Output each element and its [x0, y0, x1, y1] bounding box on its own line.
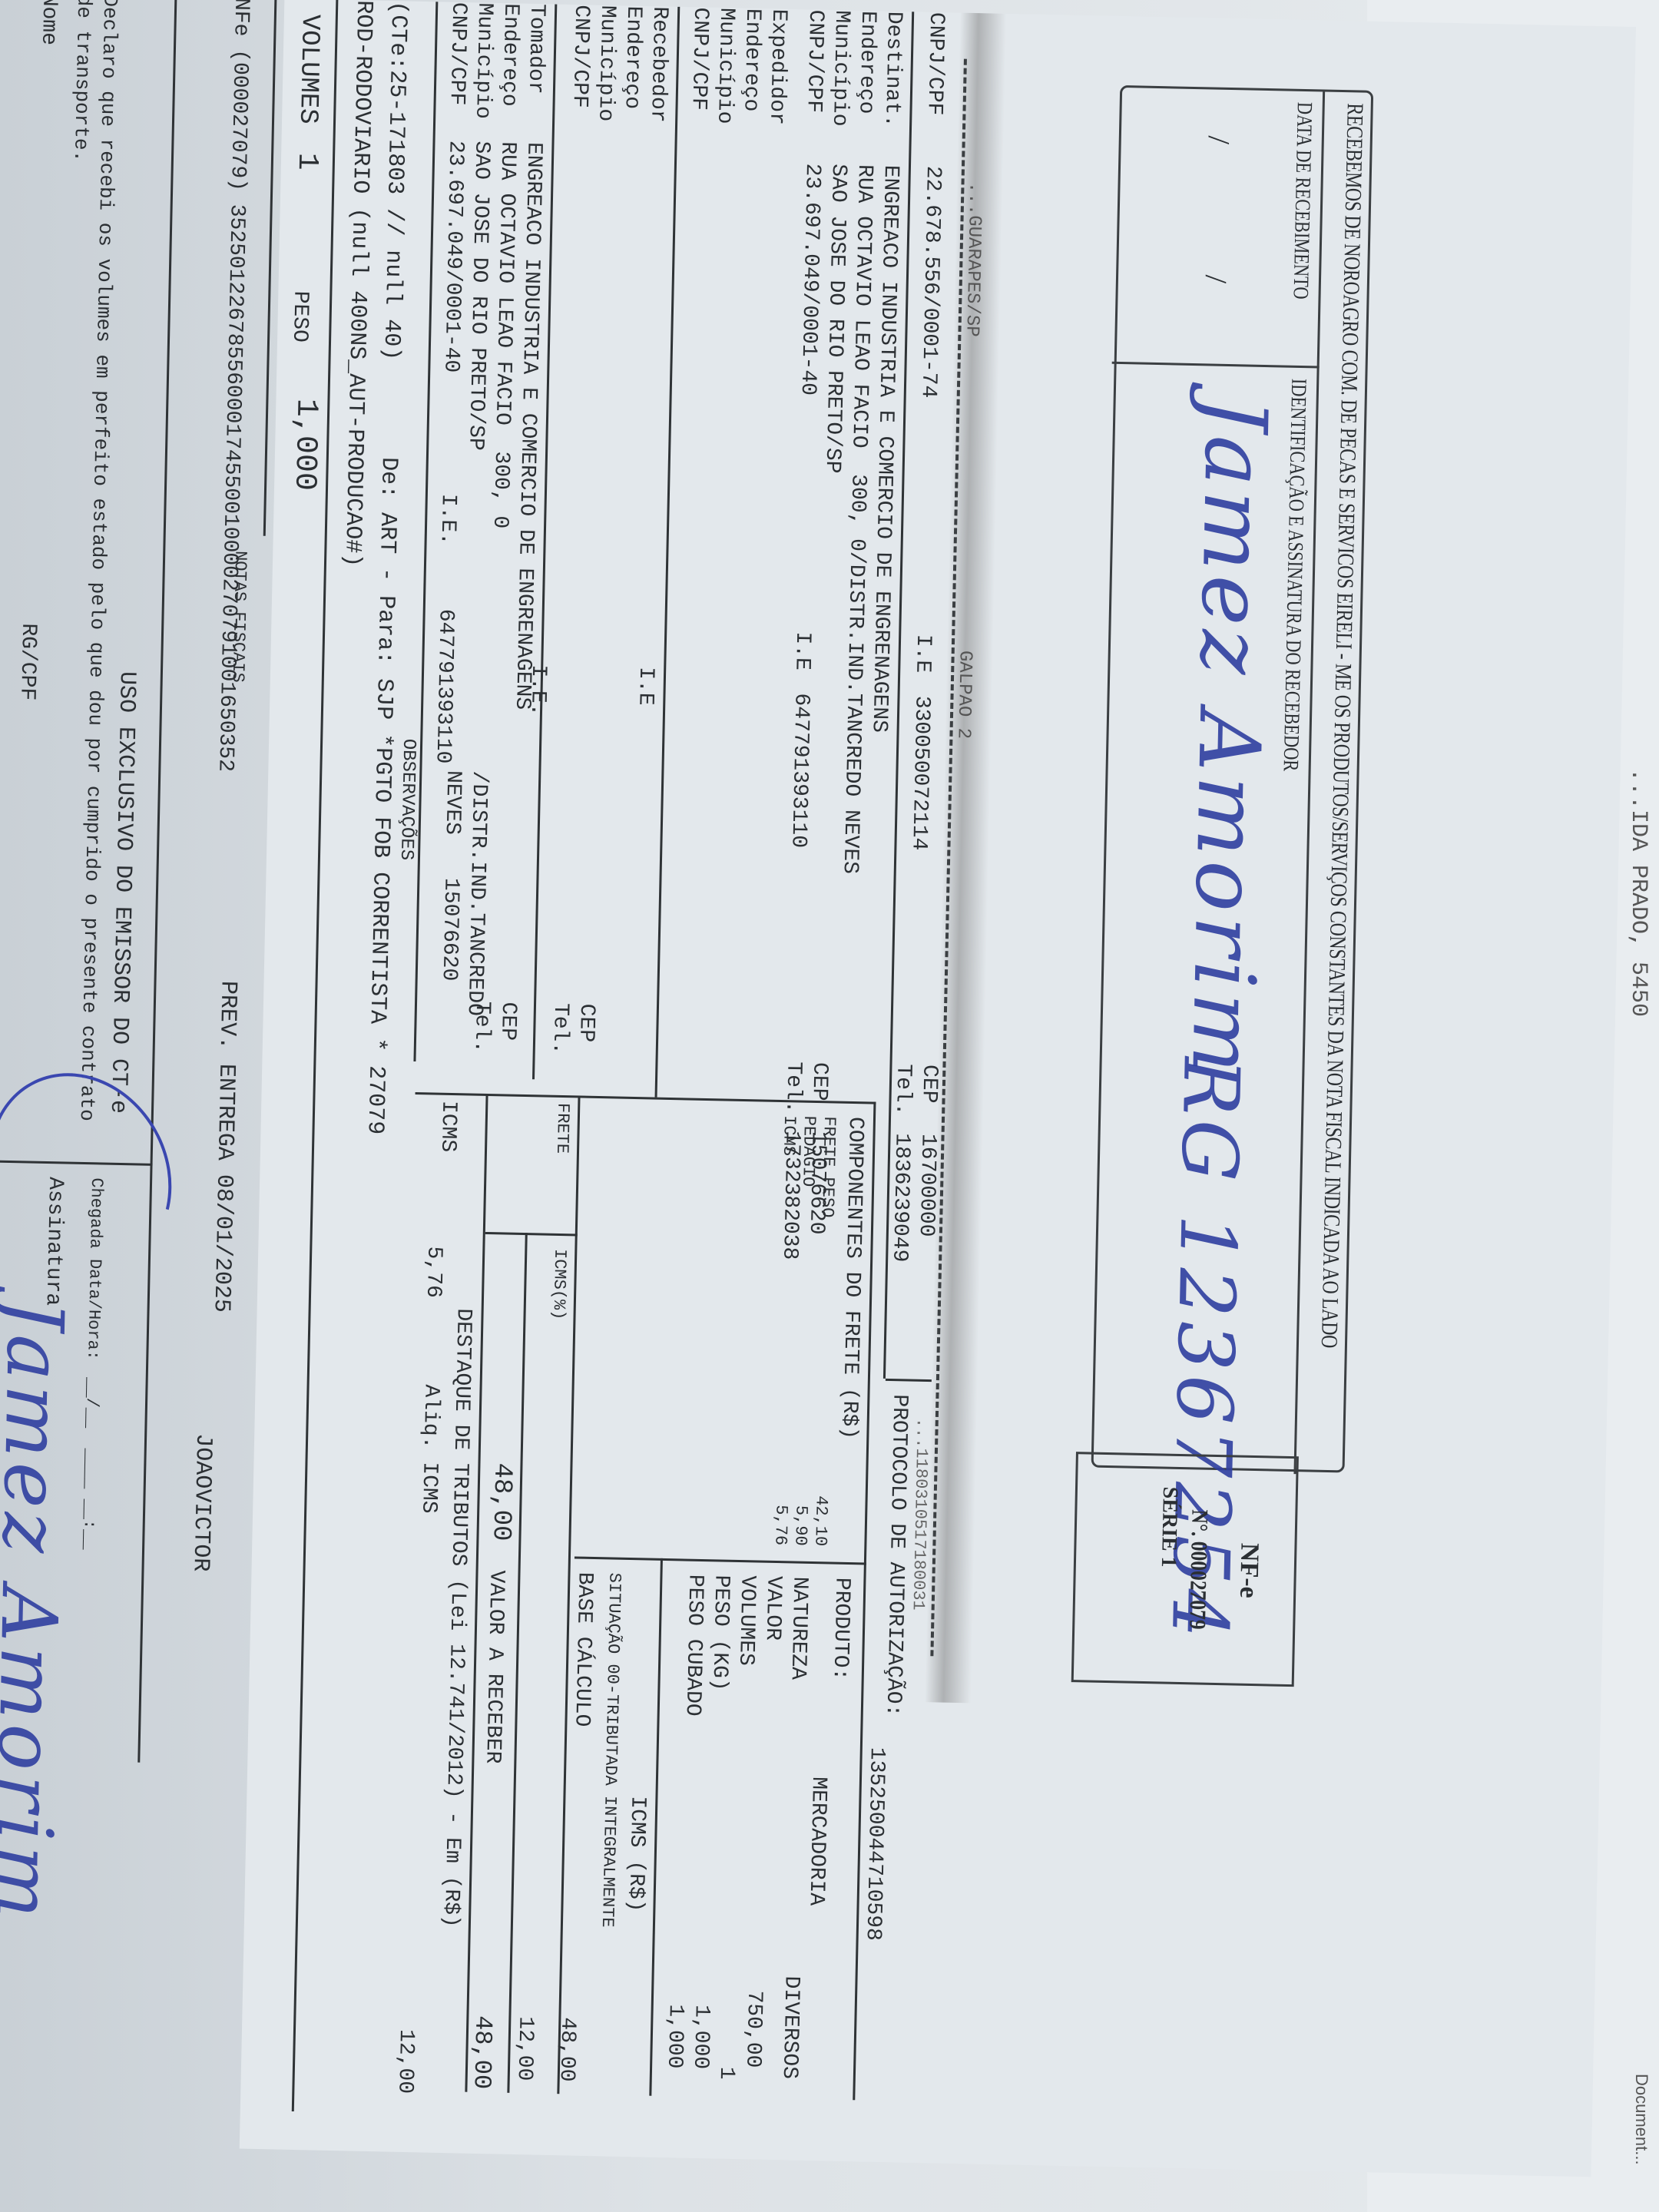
recebedor-cep-label: CEP: [572, 1003, 599, 1042]
chegada-value[interactable]: __/__ ____ __:__: [78, 1377, 102, 1550]
protocolo-label: PROTOCOLO DE AUTORIZAÇÃO:: [879, 1394, 912, 1717]
tomador-cnpj: 23.697.049/0001-40: [437, 140, 468, 373]
expedidor-endereco-label: Endereço: [737, 8, 765, 112]
frete-component-value: 5,90: [790, 1505, 810, 1546]
receipt-date-value: / /: [1197, 135, 1237, 345]
remetente-tel-label: Tel.: [889, 1064, 916, 1116]
peso-total-value: 1,000: [290, 398, 319, 491]
stub-heading: RECEBEMOS DE NOROAGRO COM. DE PECAS E SE…: [1316, 103, 1368, 1348]
frete-component-name: FRETE PESO: [816, 1116, 839, 1218]
produto-label: PRODUTO:: [826, 1577, 855, 1681]
observacoes-line-2: ROD-RODOVIARIO (null 400NS_AUT-PRODUCAO#…: [339, 0, 376, 568]
frete-component-value: 42,10: [810, 1495, 830, 1547]
frete-value: 48,00: [487, 1462, 515, 1541]
destinatario-ie: 647791393110: [784, 693, 813, 848]
receipt-date-label: DATA DE RECEBIMENTO: [1287, 102, 1316, 300]
icms-aliq-label: ICMS(%): [548, 1249, 569, 1320]
tomador-endereco-label: Endereço: [495, 3, 524, 107]
remetente-ie-label: I.E: [909, 634, 935, 673]
peso-cubado-value: 1,000: [661, 2004, 688, 2069]
componentes-list: FRETE PESO42,10PEDAGIO5,90ICMS5,76: [770, 1115, 839, 1547]
tomador-ie-label: I.E.: [434, 493, 461, 545]
receipt-stub: RECEBEMOS DE NOROAGRO COM. DE PECAS E SE…: [957, 82, 1373, 1641]
destinatario-ie-label: I.E: [788, 631, 815, 671]
nfe-number-box: NF-e N°. 000027079 SÉRIE 1: [1071, 1452, 1299, 1687]
remetente-ie: 330050072114: [905, 695, 934, 850]
volumes-value: 1: [713, 2066, 739, 2080]
tributos-icms-value: 5,76: [419, 1246, 446, 1298]
tomador-cep-label: CEP: [494, 1002, 521, 1041]
tributos-aliq-label: Aliq. ICMS: [415, 1384, 444, 1514]
remetente-cep: 16700000: [912, 1134, 941, 1237]
receipt-date-box[interactable]: DATA DE RECEBIMENTO / /: [1112, 88, 1325, 369]
signature-loop: [0, 1041, 207, 1306]
valor-receber-value: 48,00: [468, 2015, 495, 2090]
remetente-galpao: GALPAO 2: [949, 651, 977, 740]
recebedor-tel-label: Tel.: [546, 1003, 573, 1055]
icms-base-label: BASE CÁLCULO: [568, 1571, 597, 1727]
peso-cubado-label: PESO CUBADO: [679, 1574, 708, 1717]
divider: [263, 0, 277, 536]
volumes-label: VOLUMES: [732, 1575, 760, 1666]
tributos-icms-label: ICMS: [434, 1101, 461, 1153]
operador: JOAOVICTOR: [187, 1433, 216, 1572]
tomador-ie: 647791393110: [429, 608, 459, 763]
recebedor-label: Recebedor: [644, 6, 672, 123]
expedidor-municipio-label: Município: [710, 8, 739, 124]
background-address: ...IDA PRADO, 5450: [1625, 768, 1651, 1017]
tributos-aliq-value: 12,00: [391, 2029, 419, 2094]
natureza-value: DIVERSOS: [776, 1975, 804, 2079]
stub-frame: RECEBEMOS DE NOROAGRO COM. DE PECAS E SE…: [1091, 85, 1374, 1473]
nfe-number: N°. 000027079: [1183, 1473, 1213, 1666]
frete-component-name: ICMS: [778, 1115, 799, 1156]
divider: [886, 1379, 932, 1382]
volumes-total-value: 1: [293, 152, 320, 171]
valor-value: 750,00: [739, 1990, 767, 2068]
divider: [507, 1233, 527, 2093]
rg-cpf-label: RG/CPF: [13, 623, 41, 701]
tomador-cep: 15076620: [435, 878, 464, 982]
icms-situacao: SITUAÇÃO 00-TRIBUTADA INTEGRALMENTE: [597, 1572, 624, 1928]
tomador-label: Tomador: [522, 4, 549, 94]
footer-handwritten-signature: Jamez Amorim: [0, 1299, 81, 1924]
remetente-cnpj: 22.678.556/0001-74: [915, 166, 945, 399]
nfe-serie: SÉRIE 1: [1154, 1455, 1183, 1682]
destinatario-tel-label: Tel.: [779, 1061, 806, 1114]
divider: [575, 1556, 866, 1565]
tomador-cnpj-label: CNPJ/CPF: [443, 2, 472, 106]
divider: [137, 0, 177, 1763]
componentes-title: COMPONENTES DO FRETE (R$): [835, 1117, 868, 1440]
recebedor-cnpj-label: CNPJ/CPF: [565, 5, 594, 108]
recebedor-ie-label: I.E: [631, 667, 658, 706]
expedidor-label: Expedidor: [763, 8, 791, 125]
tomador-endereco-3: NEVES: [439, 770, 466, 836]
tomador-endereco-2: /DISTR.IND.TANCREDO: [461, 770, 492, 1016]
observacoes-label: OBSERVAÇÕES: [392, 738, 421, 860]
destinatario-label: Destinat.: [878, 11, 906, 127]
receiver-signature-box[interactable]: IDENTIFICAÇÃO E ASSINATURA DO RECEBEDOR …: [1089, 364, 1320, 1474]
destinatario-cep-label: CEP: [805, 1062, 832, 1101]
destinatario-endereco-label: Endereço: [852, 11, 880, 114]
tomador-municipio-label: Município: [469, 2, 497, 119]
expedidor-cnpj-label: CNPJ/CPF: [684, 7, 713, 111]
remetente-cep-label: CEP: [915, 1065, 942, 1104]
produto-value: MERCADORIA: [803, 1777, 832, 1906]
destinatario-municipio-label: Município: [826, 10, 854, 127]
tomador-ie-label-top: I.E.: [524, 664, 551, 717]
handwritten-signature: Jamez Amorim: [1173, 396, 1286, 1079]
natureza-label: NATUREZA: [784, 1576, 813, 1680]
destinatario-cnpj: 23.697.049/0001-40: [794, 163, 825, 396]
peso-total-label: PESO: [286, 290, 313, 343]
valor-receber-label: VALOR A RECEBER: [478, 1570, 508, 1764]
volumes-total-label: VOLUMES: [294, 14, 323, 124]
frete-component-name: PEDAGIO: [797, 1115, 819, 1187]
remetente-municipio-fragment: ...GUARAPES/SP: [958, 182, 987, 337]
valor-label: VALOR: [759, 1576, 786, 1641]
previsao-entrega: PREV. ENTREGA 08/01/2025: [208, 981, 241, 1313]
divider: [649, 1558, 663, 2096]
remetente-cnpj-label: CNPJ/CPF: [920, 12, 949, 116]
peso-label: PESO (KG): [705, 1575, 733, 1691]
icms-title: ICMS (R$): [621, 1796, 650, 1912]
peso-value: 1,000: [687, 2005, 714, 2070]
dacte-receipt: RECEBEMOS DE NOROAGRO COM. DE PECAS E SE…: [240, 0, 1636, 2177]
recebedor-municipio-label: Município: [591, 5, 620, 122]
uso-exclusivo: USO EXCLUSIVO DO EMISSOR DO CT-e: [104, 671, 140, 1114]
protocolo-value: 135250044710598: [859, 1747, 889, 1941]
nfe-title: NF-e: [1232, 1458, 1266, 1684]
divider: [485, 1232, 578, 1237]
tomador-tel-label: Tel.: [468, 1001, 495, 1053]
frete-label: FRETE: [551, 1103, 572, 1154]
nome-label: Nome: [35, 0, 61, 45]
recebedor-endereco-label: Endereço: [618, 5, 646, 109]
divider: [655, 7, 680, 1098]
frete-component-value: 5,76: [770, 1505, 790, 1545]
background-document-fragment: Document...: [1631, 2074, 1651, 2165]
icms-aliq-value: 12,00: [511, 2016, 538, 2081]
destinatario-cnpj-label: CNPJ/CPF: [800, 9, 828, 113]
